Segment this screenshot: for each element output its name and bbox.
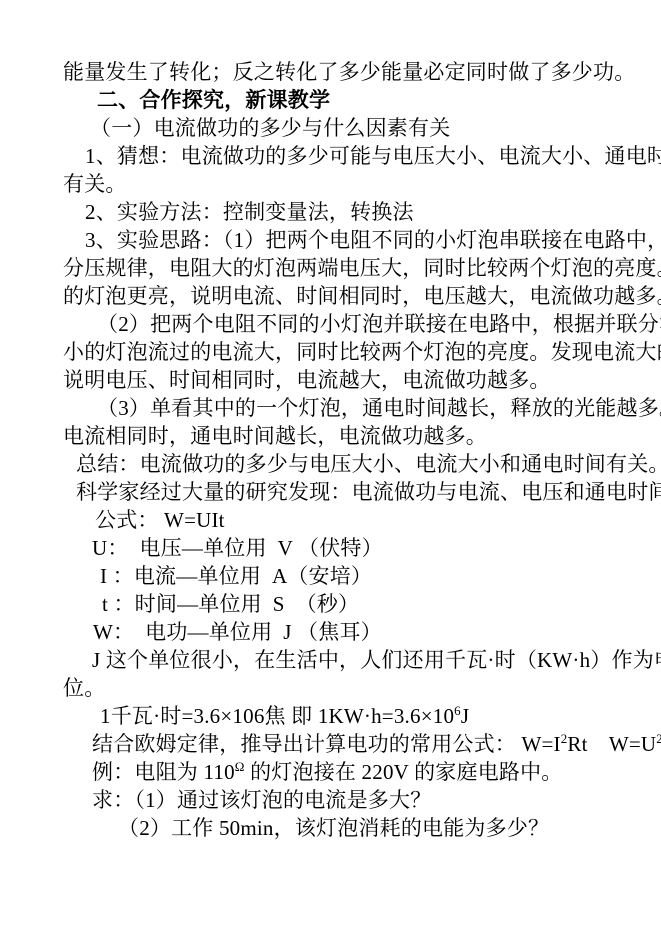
para-unit-time: t ：时间—单位用 S （秒） [102, 590, 623, 618]
para-example-problem: 例：电阻为 110Ω 的灯泡接在 220V 的家庭电路中。 [92, 758, 623, 786]
para-approach-1-cont2: 的灯泡更亮，说明电流、时间相同时，电压越大，电流做功越多。 [63, 282, 623, 310]
para-scientists-finding: 科学家经过大量的研究发现：电流做功与电流、电压和通电时间成正比。 [76, 478, 623, 506]
para-question-1: 求：（1）通过该灯泡的电流是多大？ [92, 786, 623, 814]
text-run: 结合欧姆定律，推导出计算电功的常用公式： W=I [92, 732, 561, 756]
superscript-ohm: Ω [235, 759, 245, 774]
para-guess-cont: 有关。 [63, 170, 623, 198]
para-approach-1-cont1: 分压规律，电阻大的灯泡两端电压大，同时比较两个灯泡的亮度。发现电压大 [63, 254, 623, 282]
para-kwh-intro: J 这个单位很小，在生活中，人们还用千瓦·时（KW·h）作为电功的单 [92, 646, 623, 674]
para-summary: 总结：电流做功的多少与电压大小、电流大小和通电时间有关。 [76, 450, 623, 478]
text-run: 例：电阻为 110 [92, 760, 235, 784]
para-approach-1: 3、实验思路：（1）把两个电阻不同的小灯泡串联接在电路中，根据串联 [85, 226, 623, 254]
para-unit-work: W： 电功—单位用 J （焦耳） [93, 618, 623, 646]
document-page: 能量发生了转化；反之转化了多少能量必定同时做了多少功。 二、合作探究，新课教学 … [0, 0, 661, 935]
text-run: Rt W=U [567, 732, 656, 756]
para-derived-formulas: 结合欧姆定律，推导出计算电功的常用公式： W=I2Rt W=U2/R t [92, 730, 623, 758]
para-energy-conversion: 能量发生了转化；反之转化了多少能量必定同时做了多少功。 [63, 58, 623, 86]
heading-factors: （一）电流做功的多少与什么因素有关 [90, 114, 623, 142]
superscript-exponent: 6 [454, 703, 461, 718]
para-unit-current: I ：电流—单位用 A（安培） [100, 562, 623, 590]
text-run: 的灯泡接在 220V 的家庭电路中。 [245, 760, 563, 784]
superscript-exponent: 2 [656, 731, 661, 746]
para-guess: 1、猜想：电流做功的多少可能与电压大小、电流大小、通电时间长短….. [85, 142, 623, 170]
text-run: J [461, 704, 469, 728]
para-formula-wuit: 公式： W=UIt [95, 506, 623, 534]
para-unit-voltage: U： 电压—单位用 V （伏特） [92, 534, 623, 562]
para-approach-3: （3）单看其中的一个灯泡，通电时间越长，释放的光能越多。说明电压、 [97, 394, 623, 422]
text-run: 1千瓦·时=3.6×106焦 即 1KW·h=3.6×10 [100, 704, 454, 728]
para-kwh-equation: 1千瓦·时=3.6×106焦 即 1KW·h=3.6×106J [100, 702, 623, 730]
para-approach-3-cont: 电流相同时，通电时间越长，电流做功越多。 [63, 422, 623, 450]
para-approach-2-cont1: 小的灯泡流过的电流大，同时比较两个灯泡的亮度。发现电流大的灯泡更亮， [63, 338, 623, 366]
heading-section-two: 二、合作探究，新课教学 [97, 86, 623, 114]
para-question-2: （2）工作 50min，该灯泡消耗的电能为多少？ [118, 814, 623, 842]
para-method: 2、实验方法：控制变量法，转换法 [85, 198, 623, 226]
para-approach-2-cont2: 说明电压、时间相同时，电流越大，电流做功越多。 [63, 366, 623, 394]
para-kwh-intro-cont: 位。 [63, 674, 623, 702]
para-approach-2: （2）把两个电阻不同的小灯泡并联接在电路中，根据并联分流规律，电阻 [97, 310, 623, 338]
